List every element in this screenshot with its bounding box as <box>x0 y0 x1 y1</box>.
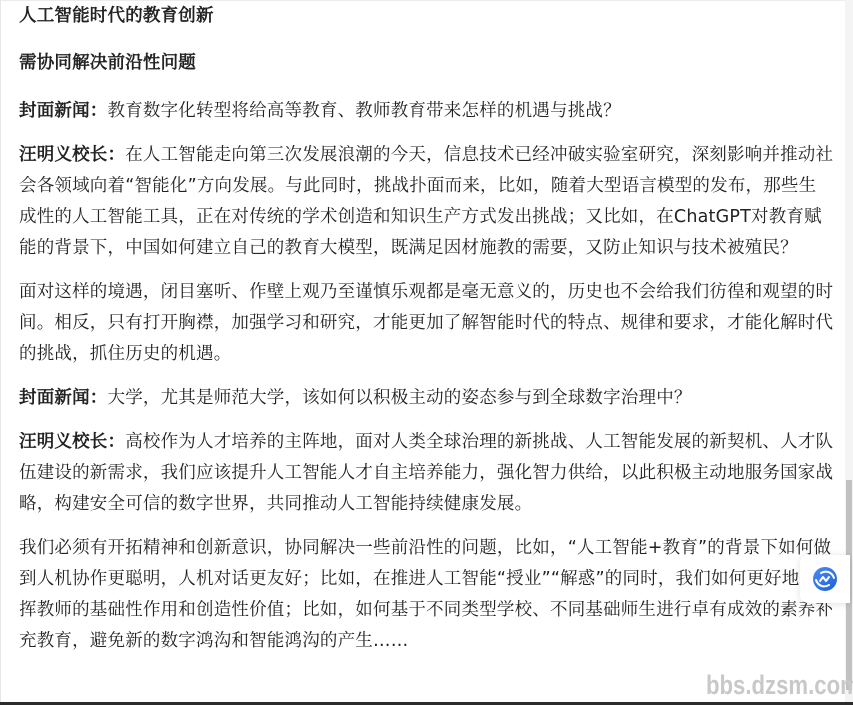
paragraph-4: 封面新闻：大学，尤其是师范大学，该如何以积极主动的姿态参与到全球数字治理中？ <box>19 383 834 414</box>
paragraph-text: 在人工智能走向第三次发展浪潮的今天，信息技术已经冲破实验室研究，深刻影响并推动社… <box>19 145 833 258</box>
paragraph-3: 面对这样的境遇，闭目塞听、作壁上观乃至谨慎乐观都是毫无意义的，历史也不会给我们彷… <box>19 277 834 370</box>
paragraph-text: 我们必须有开拓精神和创新意识，协同解决一些前沿性的问题，比如，“人工智能+教育”… <box>19 538 833 651</box>
ai-assistant-icon <box>812 566 838 592</box>
paragraph-text: 大学，尤其是师范大学，该如何以积极主动的姿态参与到全球数字治理中？ <box>108 388 692 408</box>
paragraph-5: 汪明义校长：高校作为人才培养的主阵地，面对人类全球治理的新挑战、人工智能发展的新… <box>19 427 834 520</box>
section-heading-1: 人工智能时代的教育创新 <box>19 2 834 31</box>
paragraph-2: 汪明义校长：在人工智能走向第三次发展浪潮的今天，信息技术已经冲破实验室研究，深刻… <box>19 140 834 264</box>
speaker-label: 汪明义校长： <box>19 432 125 452</box>
paragraph-text: 高校作为人才培养的主阵地，面对人类全球治理的新挑战、人工智能发展的新契机、人才队… <box>19 432 833 514</box>
paragraph-text: 面对这样的境遇，闭目塞听、作壁上观乃至谨慎乐观都是毫无意义的，历史也不会给我们彷… <box>19 282 833 364</box>
top-divider <box>1 0 846 1</box>
ai-assistant-button[interactable] <box>800 555 850 603</box>
speaker-label: 封面新闻： <box>19 101 108 121</box>
article-page: 人工智能时代的教育创新 需协同解决前沿性问题 封面新闻：教育数字化转型将给高等教… <box>0 0 845 705</box>
speaker-label: 汪明义校长： <box>19 145 125 165</box>
paragraph-6: 我们必须有开拓精神和创新意识，协同解决一些前沿性的问题，比如，“人工智能+教育”… <box>19 533 834 657</box>
paragraph-text: 教育数字化转型将给高等教育、教师教育带来怎样的机遇与挑战？ <box>108 101 621 121</box>
article-body: 人工智能时代的教育创新 需协同解决前沿性问题 封面新闻：教育数字化转型将给高等教… <box>19 2 834 670</box>
speaker-label: 封面新闻： <box>19 388 108 408</box>
paragraph-1: 封面新闻：教育数字化转型将给高等教育、教师教育带来怎样的机遇与挑战？ <box>19 96 834 127</box>
section-heading-2: 需协同解决前沿性问题 <box>19 49 834 78</box>
site-watermark: bbs.dzsm.com <box>706 670 853 701</box>
